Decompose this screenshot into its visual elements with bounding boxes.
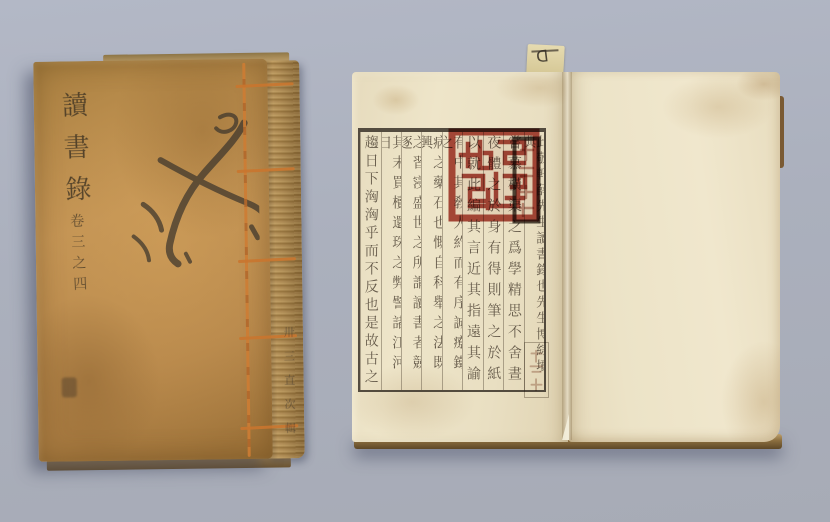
center-gutter: [562, 72, 572, 440]
text-column: 其末買櫝還珠之弊譬諸江河日: [381, 132, 401, 390]
cover-volume-label: 卷三之四: [66, 213, 90, 298]
blank-right-page: [568, 72, 780, 442]
closed-book-cover: 讀書錄 卷三之四: [33, 59, 273, 462]
cover-title: 讀書錄: [54, 91, 96, 218]
photo-background: 讀書錄 卷三之四 卅三直次輯: [0, 0, 830, 522]
ink-cipher-flourish: [126, 107, 260, 271]
open-book: D 此敬軒薛先生讀書錄也先生博綜墳典 嘗慕橫渠之爲學精思不舍晝 夜體之於身有得則…: [350, 58, 784, 454]
tab-handwritten-mark: D: [535, 46, 550, 66]
tall-black-seal: [512, 136, 541, 224]
fore-edge-inscription: 卅三直次輯: [280, 326, 298, 446]
ink-smudge: [62, 377, 77, 397]
text-column: 之習寖盛世之所謂讀書者競逐: [401, 132, 421, 390]
text-column: 病之藥石也慨自科舉之法既興: [421, 132, 441, 390]
faint-margin-seal: [524, 342, 549, 398]
text-column: 趨日下洶洶乎而不反也是故古之: [360, 132, 380, 390]
closed-book: 讀書錄 卷三之四 卅三直次輯: [33, 54, 305, 468]
